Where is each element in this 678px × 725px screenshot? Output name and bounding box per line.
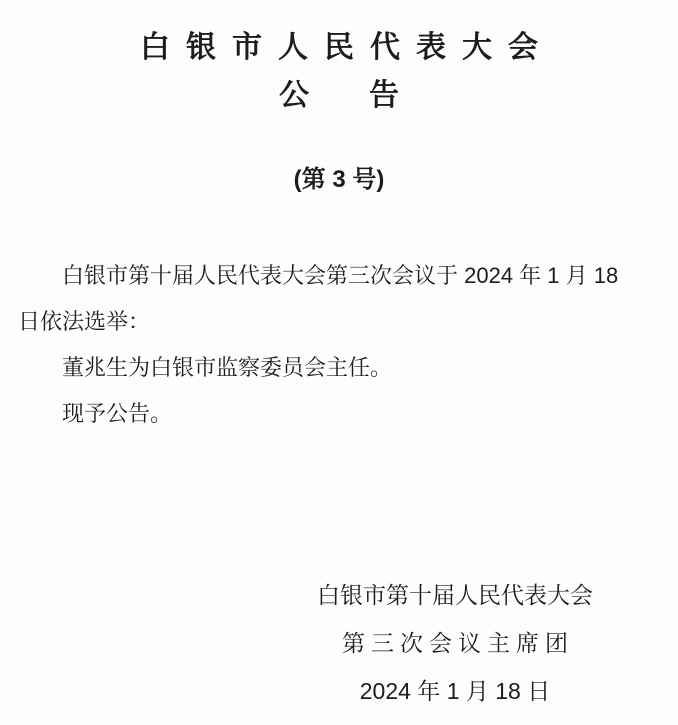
signature-block: 白银市第十届人民代表大会 第三次会议主席团 2024 年 1 月 18 日 [292, 571, 618, 715]
body-line: 董兆生为白银市监察委员会主任。 [18, 345, 662, 391]
signature-org-line1: 白银市第十届人民代表大会 [292, 571, 618, 619]
document-title-line2: 公 告 [0, 76, 678, 116]
signature-org-line2: 第三次会议主席团 [292, 619, 618, 667]
document-body: 白银市第十届人民代表大会第三次会议于 2024 年 1 月 18 日依法选举： … [18, 253, 662, 437]
signature-date: 2024 年 1 月 18 日 [292, 667, 618, 715]
body-line: 现予公告。 [18, 391, 662, 437]
body-line: 日依法选举： [18, 299, 662, 345]
issue-number: (第 3 号) [0, 163, 678, 197]
announcement-document: 白银市人民代表大会 公 告 (第 3 号) 白银市第十届人民代表大会第三次会议于… [0, 0, 678, 725]
document-title-line1: 白银市人民代表大会 [0, 28, 678, 68]
body-line: 白银市第十届人民代表大会第三次会议于 2024 年 1 月 18 [18, 253, 662, 299]
